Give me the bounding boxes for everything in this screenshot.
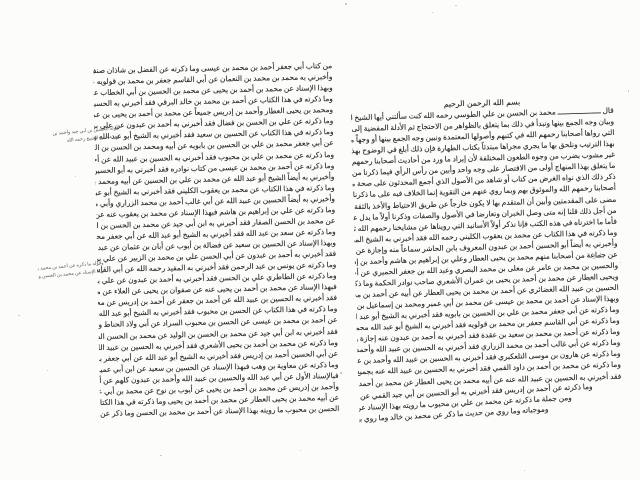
scan-speck	[620, 262, 621, 263]
left-page-text-block: من كتاب أبي جعفر أحمد بن محمد بن عيسى وم…	[93, 60, 339, 419]
scan-speck	[432, 12, 433, 13]
scan-speck	[18, 315, 20, 316]
scan-speck	[340, 372, 342, 374]
scan-speck	[75, 176, 76, 177]
scan-speck	[160, 455, 162, 456]
margin-gloss-2: وقوله ما ذكره عن أحمد بن محمد بن يحيىبهذ…	[37, 260, 104, 281]
scan-speck	[300, 450, 301, 451]
scan-speck	[524, 470, 525, 471]
right-page-text-block: بسم الله الرحمن الرحيم قال ـــــــــــــ…	[350, 94, 622, 422]
scan-speck	[47, 370, 48, 371]
scan-speck	[455, 5, 457, 6]
manuscript-scan: من كتاب أبي جعفر أحمد بن محمد بن عيسى وم…	[0, 0, 640, 480]
right-page-lines: قال ــــــــــــــــــــ محمد بن الحسن ب…	[351, 105, 623, 422]
scan-speck	[628, 90, 629, 92]
scan-speck	[345, 3, 347, 5]
